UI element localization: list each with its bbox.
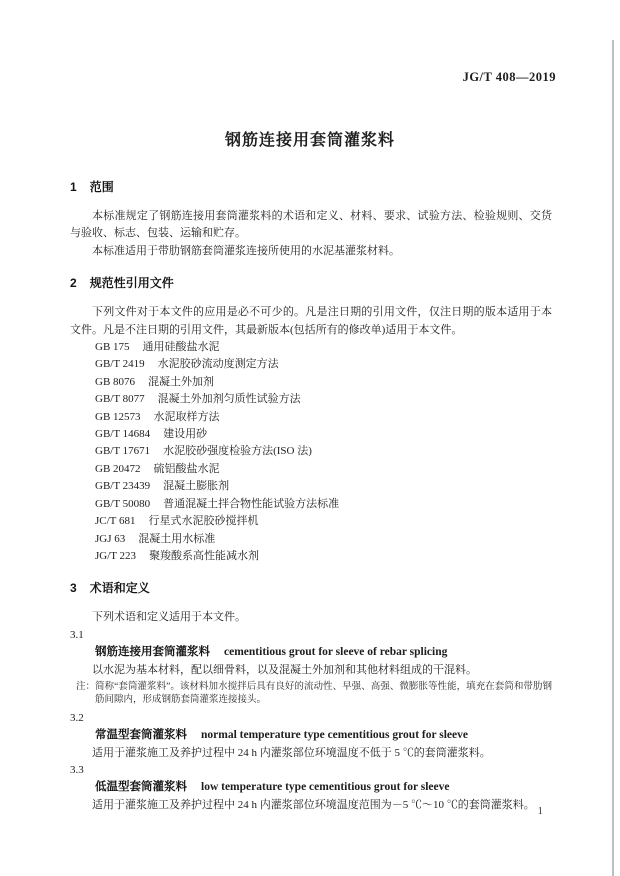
- reference-code: GB/T 8077: [95, 393, 145, 405]
- term-number: 3.2: [70, 710, 552, 727]
- reference-title: 硫铝酸盐水泥: [154, 463, 220, 475]
- reference-code: JGJ 63: [95, 533, 125, 545]
- reference-item: GB 8076混凝土外加剂: [70, 374, 552, 391]
- reference-item: GB/T 2419水泥胶砂流动度测定方法: [70, 356, 552, 373]
- term-name-zh: 常温型套筒灌浆料: [95, 729, 187, 741]
- reference-title: 混凝土外加剂匀质性试验方法: [158, 393, 301, 405]
- reference-title: 水泥胶砂强度检验方法(ISO 法): [163, 445, 312, 457]
- reference-code: GB/T 2419: [95, 358, 145, 370]
- reference-title: 混凝土外加剂: [148, 376, 214, 388]
- reference-title: 通用硅酸盐水泥: [143, 341, 220, 353]
- clause-number: 3: [70, 581, 77, 595]
- clause-1-heading: 1范围: [70, 178, 552, 196]
- reference-item: GB/T 17671水泥胶砂强度检验方法(ISO 法): [70, 443, 552, 460]
- term-definition: 以水泥为基本材料，配以细骨料，以及混凝土外加剂和其他材料组成的干混料。: [70, 662, 552, 679]
- clause-title: 范围: [90, 180, 114, 194]
- clause-3-heading: 3术语和定义: [70, 579, 552, 597]
- reference-item: GB 20472硫铝酸盐水泥: [70, 461, 552, 478]
- clause-number: 1: [70, 180, 77, 194]
- reference-code: GB 12573: [95, 411, 141, 423]
- paragraph: 本标准适用于带肋钢筋套筒灌浆连接所使用的水泥基灌浆材料。: [70, 243, 552, 260]
- term-entry: 常温型套筒灌浆料normal temperature type cementit…: [70, 727, 552, 744]
- term-entry: 低温型套筒灌浆料low temperature type cementitiou…: [70, 779, 552, 796]
- reference-item: GB/T 8077混凝土外加剂匀质性试验方法: [70, 391, 552, 408]
- page-number: 1: [538, 805, 544, 817]
- reference-item: GB 12573水泥取样方法: [70, 409, 552, 426]
- clause-number: 2: [70, 276, 77, 290]
- reference-item: JC/T 681行星式水泥胶砂搅拌机: [70, 513, 552, 530]
- term-entry: 钢筋连接用套筒灌浆料cementitious grout for sleeve …: [70, 644, 552, 661]
- document-title: 钢筋连接用套筒灌浆料: [0, 127, 620, 150]
- reference-code: GB 20472: [95, 463, 141, 475]
- term-number: 3.1: [70, 627, 552, 644]
- reference-title: 聚羧酸系高性能减水剂: [149, 550, 259, 562]
- term-name-en: cementitious grout for sleeve of rebar s…: [224, 646, 447, 658]
- reference-title: 水泥胶砂流动度测定方法: [158, 358, 279, 370]
- document-page: JG/T 408—2019 钢筋连接用套筒灌浆料 1范围 本标准规定了钢筋连接用…: [0, 0, 620, 876]
- reference-code: GB 175: [95, 341, 130, 353]
- reference-title: 混凝土用水标准: [138, 533, 215, 545]
- reference-title: 建设用砂: [163, 428, 207, 440]
- reference-item: GB 175通用硅酸盐水泥: [70, 339, 552, 356]
- reference-item: GB/T 14684建设用砂: [70, 426, 552, 443]
- document-body: 1范围 本标准规定了钢筋连接用套筒灌浆料的术语和定义、材料、要求、试验方法、检验…: [70, 178, 552, 814]
- reference-title: 水泥取样方法: [154, 411, 220, 423]
- reference-code: GB/T 50080: [95, 498, 150, 510]
- paragraph: 本标准规定了钢筋连接用套筒灌浆料的术语和定义、材料、要求、试验方法、检验规则、交…: [70, 208, 552, 243]
- reference-code: GB/T 23439: [95, 480, 150, 492]
- term-name-zh: 钢筋连接用套筒灌浆料: [95, 646, 210, 658]
- term-name-en: normal temperature type cementitious gro…: [201, 729, 468, 741]
- reference-code: JG/T 223: [95, 550, 136, 562]
- term-note: 注：简称“套筒灌浆料”。该材料加水搅拌后具有良好的流动性、早强、高强、微膨胀等性…: [70, 681, 552, 708]
- reference-title: 普通混凝土拌合物性能试验方法标准: [163, 498, 339, 510]
- reference-code: JC/T 681: [95, 515, 135, 527]
- term-definition: 适用于灌浆施工及养护过程中 24 h 内灌浆部位环境温度范围为－5 ℃～10 ℃…: [70, 797, 552, 814]
- reference-code: GB/T 17671: [95, 445, 150, 457]
- reference-title: 行星式水泥胶砂搅拌机: [148, 515, 258, 527]
- reference-title: 混凝土膨胀剂: [163, 480, 229, 492]
- reference-item: GB/T 23439混凝土膨胀剂: [70, 478, 552, 495]
- term-name-zh: 低温型套筒灌浆料: [95, 781, 187, 793]
- page-scan-edge: [612, 40, 614, 876]
- paragraph: 下列术语和定义适用于本文件。: [70, 609, 552, 626]
- term-name-en: low temperature type cementitious grout …: [201, 781, 449, 793]
- term-definition: 适用于灌浆施工及养护过程中 24 h 内灌浆部位环境温度不低于 5 ℃的套筒灌浆…: [70, 745, 552, 762]
- reference-item: GB/T 50080普通混凝土拌合物性能试验方法标准: [70, 496, 552, 513]
- standard-code: JG/T 408—2019: [463, 70, 556, 85]
- term-number: 3.3: [70, 762, 552, 779]
- reference-code: GB 8076: [95, 376, 135, 388]
- clause-title: 术语和定义: [90, 581, 150, 595]
- reference-item: JGJ 63混凝土用水标准: [70, 531, 552, 548]
- reference-code: GB/T 14684: [95, 428, 150, 440]
- clause-2-heading: 2规范性引用文件: [70, 274, 552, 292]
- clause-title: 规范性引用文件: [90, 276, 174, 290]
- paragraph: 下列文件对于本文件的应用是必不可少的。凡是注日期的引用文件，仅注日期的版本适用于…: [70, 304, 552, 339]
- reference-item: JG/T 223聚羧酸系高性能减水剂: [70, 548, 552, 565]
